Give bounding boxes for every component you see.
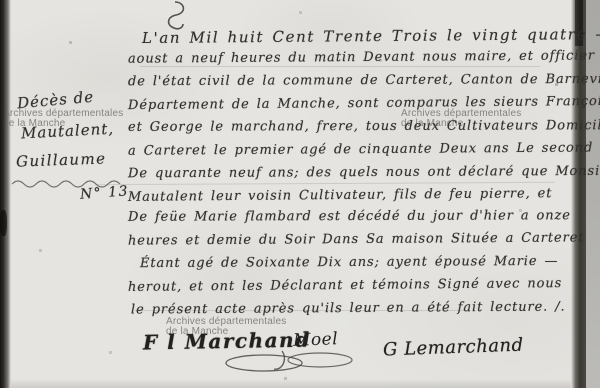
signature-f-l-marchand: F l Marchand (143, 328, 311, 355)
margin-surname: Mautalent, (21, 120, 115, 143)
body-line: Mautalent leur voisin Cultivateur, fils … (128, 186, 553, 205)
document-page: Archives départementales de la Manche Ar… (0, 0, 600, 388)
body-line: a Carteret le premier agé de cinquante D… (128, 140, 600, 158)
scan-artifact-line (95, 182, 555, 185)
signature-paraph-icon (222, 349, 362, 375)
scan-artifact-line (140, 66, 540, 67)
body-line: herout, et ont les Déclarant et témoins … (128, 276, 562, 295)
body-line: Étant agé de Soixante Dix ans; ayent épo… (140, 254, 558, 271)
body-line: et George le marchand, frere, tous deux … (128, 118, 600, 135)
margin-act-number: N° 13 (80, 183, 130, 202)
pen-flourish-icon (161, 1, 195, 31)
body-line: Département de la Manche, sont comparus … (128, 94, 600, 113)
page-binding-left (0, 0, 11, 388)
body-line: le présent acte après qu'ils leur en a é… (131, 299, 566, 317)
body-line: De feüe Marie flambard est décédé du jou… (128, 208, 571, 225)
body-line: aoust a neuf heures du matin Devant nous… (128, 48, 595, 66)
body-line: de l'état civil de la commune de Cartere… (128, 72, 600, 90)
body-line: De quarante neuf ans; des quels nous ont… (128, 164, 600, 182)
margin-given-name: Guillaume (16, 149, 107, 170)
body-line: heures et demie du Soir Dans Sa maison S… (128, 230, 584, 248)
body-line: L'an Mil huit Cent Trente Trois le vingt… (142, 25, 600, 47)
signature-moel: Moel (293, 329, 339, 351)
page-bottom-shadow (11, 379, 571, 388)
signature-g-lemarchand: G Lemarchand (383, 335, 524, 361)
